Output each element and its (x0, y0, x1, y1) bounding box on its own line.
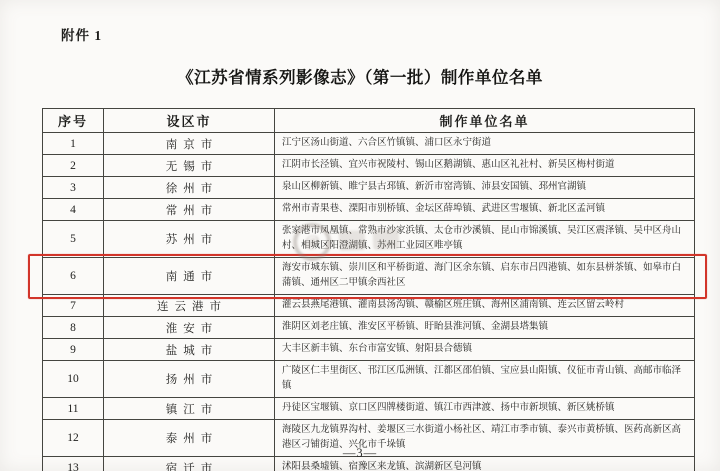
table-row: 7 连云港市 灌云县燕尾港镇、灌南县汤沟镇、赣榆区班庄镇、海州区浦南镇、连云区留… (43, 295, 695, 317)
table-row: 2 无锡市 江阴市长泾镇、宜兴市祝陵村、锡山区鹅湖镇、惠山区礼社村、新吴区梅村街… (43, 155, 695, 177)
row-district-city: 徐州市 (104, 177, 275, 199)
table-row: 10 扬州市 广陵区仁丰里街区、邗江区瓜洲镇、江都区邵伯镇、宝应县山阳镇、仪征市… (43, 361, 695, 398)
row-district-city: 连云港市 (104, 295, 275, 317)
header-serial-number: 序号 (43, 109, 104, 133)
row-district-city: 南京市 (104, 133, 275, 155)
page-number: —3— (0, 446, 720, 461)
row-unit-list: 大丰区新丰镇、东台市富安镇、射阳县合德镇 (275, 339, 695, 361)
table-row: 6 南通市 海安市城东镇、崇川区和平桥街道、海门区余东镇、启东市吕四港镇、如东县… (43, 258, 695, 295)
row-serial-number: 5 (43, 221, 104, 258)
table-row: 8 淮安市 淮阴区刘老庄镇、淮安区平桥镇、盱眙县淮河镇、金湖县塔集镇 (43, 317, 695, 339)
row-serial-number: 9 (43, 339, 104, 361)
page-title: 《江苏省情系列影像志》（第一批）制作单位名单 (0, 64, 720, 88)
table-row: 5 苏州市 张家港市凤凰镇、常熟市沙家浜镇、太仓市沙溪镇、昆山市锦溪镇、吴江区震… (43, 221, 695, 258)
production-units-table: 序号 设区市 制作单位名单 1 南京市 江宁区汤山街道、六合区竹镇镇、浦口区永宁… (42, 108, 695, 471)
row-district-city: 淮安市 (104, 317, 275, 339)
table-row: 3 徐州市 泉山区柳新镇、睢宁县古邳镇、新沂市窑湾镇、沛县安国镇、邳州官湖镇 (43, 177, 695, 199)
row-serial-number: 6 (43, 258, 104, 295)
row-unit-list: 广陵区仁丰里街区、邗江区瓜洲镇、江都区邵伯镇、宝应县山阳镇、仪征市青山镇、高邮市… (275, 361, 695, 398)
row-unit-list: 淮阴区刘老庄镇、淮安区平桥镇、盱眙县淮河镇、金湖县塔集镇 (275, 317, 695, 339)
row-unit-list: 江宁区汤山街道、六合区竹镇镇、浦口区永宁街道 (275, 133, 695, 155)
row-unit-list: 海安市城东镇、崇川区和平桥街道、海门区余东镇、启东市吕四港镇、如东县栟茶镇、如皋… (275, 258, 695, 295)
row-serial-number: 11 (43, 398, 104, 420)
header-district-city: 设区市 (104, 109, 275, 133)
row-district-city: 盐城市 (104, 339, 275, 361)
row-unit-list: 常州市青果巷、溧阳市别桥镇、金坛区薛埠镇、武进区雪堰镇、新北区孟河镇 (275, 199, 695, 221)
row-unit-list: 江阴市长泾镇、宜兴市祝陵村、锡山区鹅湖镇、惠山区礼社村、新吴区梅村街道 (275, 155, 695, 177)
table-row: 1 南京市 江宁区汤山街道、六合区竹镇镇、浦口区永宁街道 (43, 133, 695, 155)
row-district-city: 扬州市 (104, 361, 275, 398)
row-serial-number: 1 (43, 133, 104, 155)
row-serial-number: 2 (43, 155, 104, 177)
row-district-city: 镇江市 (104, 398, 275, 420)
row-district-city: 苏州市 (104, 221, 275, 258)
row-district-city: 南通市 (104, 258, 275, 295)
table-header: 序号 设区市 制作单位名单 (43, 109, 695, 133)
row-unit-list: 泉山区柳新镇、睢宁县古邳镇、新沂市窑湾镇、沛县安国镇、邳州官湖镇 (275, 177, 695, 199)
table-row: 11 镇江市 丹徒区宝堰镇、京口区四牌楼街道、镇江市西津渡、扬中市新坝镇、新区姚… (43, 398, 695, 420)
attachment-label: 附件 1 (61, 24, 102, 44)
row-unit-list: 丹徒区宝堰镇、京口区四牌楼街道、镇江市西津渡、扬中市新坝镇、新区姚桥镇 (275, 398, 695, 420)
row-district-city: 常州市 (104, 199, 275, 221)
row-unit-list: 张家港市凤凰镇、常熟市沙家浜镇、太仓市沙溪镇、昆山市锦溪镇、吴江区震泽镇、吴中区… (275, 221, 695, 258)
table-body: 1 南京市 江宁区汤山街道、六合区竹镇镇、浦口区永宁街道 2 无锡市 江阴市长泾… (43, 133, 695, 471)
header-unit-list: 制作单位名单 (275, 109, 695, 133)
table-row: 4 常州市 常州市青果巷、溧阳市别桥镇、金坛区薛埠镇、武进区雪堰镇、新北区孟河镇 (43, 199, 695, 221)
row-serial-number: 3 (43, 177, 104, 199)
table-row: 9 盐城市 大丰区新丰镇、东台市富安镇、射阳县合德镇 (43, 339, 695, 361)
row-serial-number: 7 (43, 295, 104, 317)
row-unit-list: 灌云县燕尾港镇、灌南县汤沟镇、赣榆区班庄镇、海州区浦南镇、连云区留云岭村 (275, 295, 695, 317)
row-district-city: 无锡市 (104, 155, 275, 177)
scanned-document-page: { "document": { "attachment_label": "附件 … (0, 0, 720, 471)
row-serial-number: 4 (43, 199, 104, 221)
row-serial-number: 8 (43, 317, 104, 339)
row-serial-number: 10 (43, 361, 104, 398)
